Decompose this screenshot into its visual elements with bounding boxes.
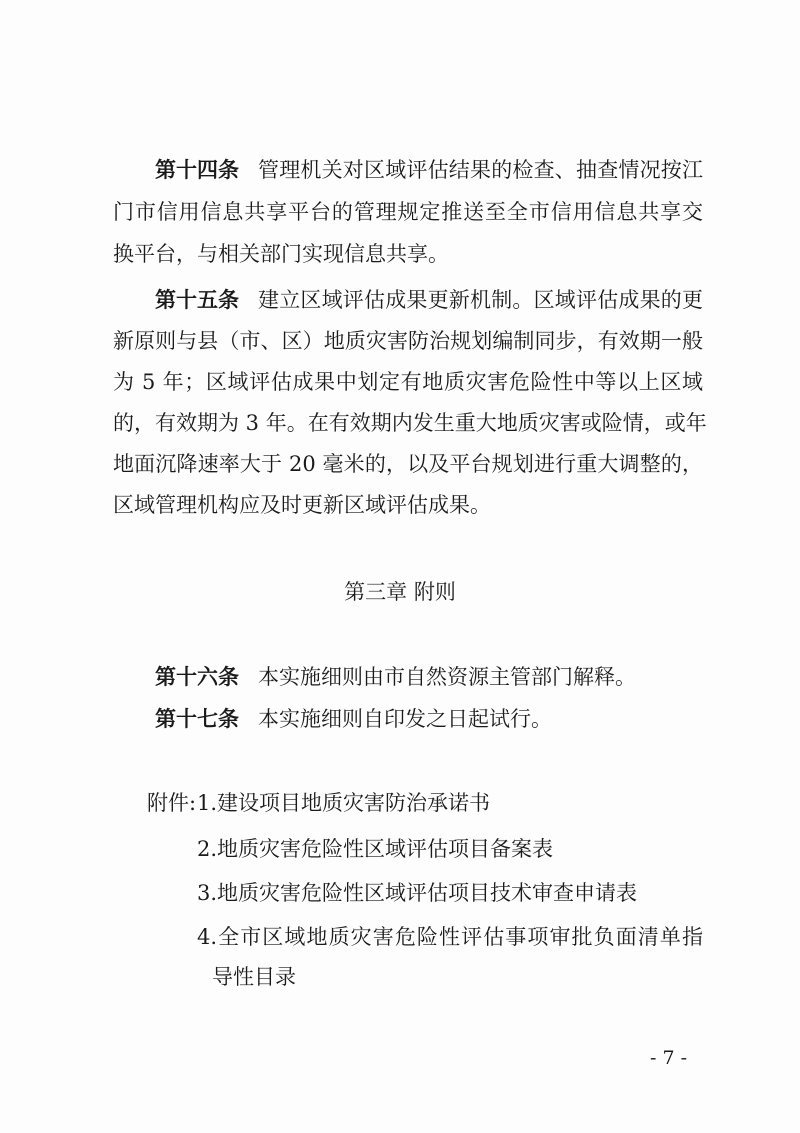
article-15-label: 第十五条 bbox=[155, 286, 239, 314]
article-14-label: 第十四条 bbox=[155, 156, 239, 184]
article-15-line1: 建立区域评估成果更新机制。区域评估成果的更 bbox=[258, 286, 703, 314]
attachment-item: 1.建设项目地质灾害防治承诺书 bbox=[197, 789, 490, 817]
attachment-item: 4.全市区域地质灾害危险性评估事项审批负面清单指 bbox=[197, 923, 703, 951]
article-17-label: 第十七条 bbox=[155, 705, 239, 733]
article-14-line1: 管理机关对区域评估结果的检查、抽查情况按江 bbox=[258, 156, 703, 184]
article-14-line2: 门市信用信息共享平台的管理规定推送至全市信用信息共享交 bbox=[113, 198, 703, 226]
chapter-heading: 第三章 附则 bbox=[0, 578, 800, 606]
article-15-line6: 区域管理机构应及时更新区域评估成果。 bbox=[113, 491, 491, 519]
article-16-label: 第十六条 bbox=[155, 663, 239, 691]
article-17-text: 本实施细则自印发之日起试行。 bbox=[258, 705, 552, 733]
article-15-line4: 的，有效期为 3 年。在有效期内发生重大地质灾害或险情，或年 bbox=[113, 409, 703, 437]
article-16-text: 本实施细则由市自然资源主管部门解释。 bbox=[258, 663, 636, 691]
attachments-prefix: 附件: bbox=[147, 789, 196, 817]
attachment-item-continuation: 导性目录 bbox=[212, 963, 296, 991]
article-15-line5: 地面沉降速率大于 20 毫米的，以及平台规划进行重大调整的， bbox=[113, 450, 703, 478]
attachment-item: 2.地质灾害危险性区域评估项目备案表 bbox=[197, 835, 553, 863]
article-15-line3: 为 5 年；区域评估成果中划定有地质灾害危险性中等以上区域 bbox=[113, 368, 703, 396]
attachment-item: 3.地质灾害危险性区域评估项目技术审查申请表 bbox=[197, 879, 637, 907]
article-15-line2: 新原则与县（市、区）地质灾害防治规划编制同步，有效期一般 bbox=[113, 327, 703, 355]
article-14-line3: 换平台，与相关部门实现信息共享。 bbox=[113, 240, 449, 268]
page-number: - 7 - bbox=[650, 1046, 687, 1070]
